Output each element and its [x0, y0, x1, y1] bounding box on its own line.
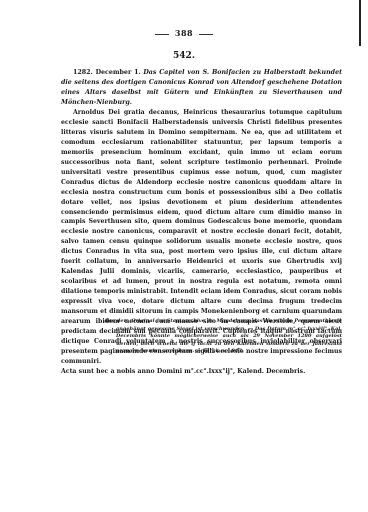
dash-left	[155, 34, 169, 35]
dash-right	[199, 34, 213, 35]
page-number: 388	[0, 28, 368, 38]
scan-edge-shadow	[359, 0, 361, 46]
document-headline: 1282. December 1. Das Capitel von S. Bon…	[61, 68, 342, 108]
page-number-text: 388	[175, 28, 193, 38]
footnote-text: Aus dem Original im Staatsarchive zu Mag…	[104, 318, 342, 356]
document-number: 542.	[0, 51, 368, 61]
editorial-footnote: Aus dem Original im Staatsarchive zu Mag…	[104, 318, 342, 356]
headline-date: 1282. December 1.	[73, 69, 141, 76]
charter-closing: Acta sunt hec a nobis anno Domini m°.cc°…	[61, 367, 342, 377]
